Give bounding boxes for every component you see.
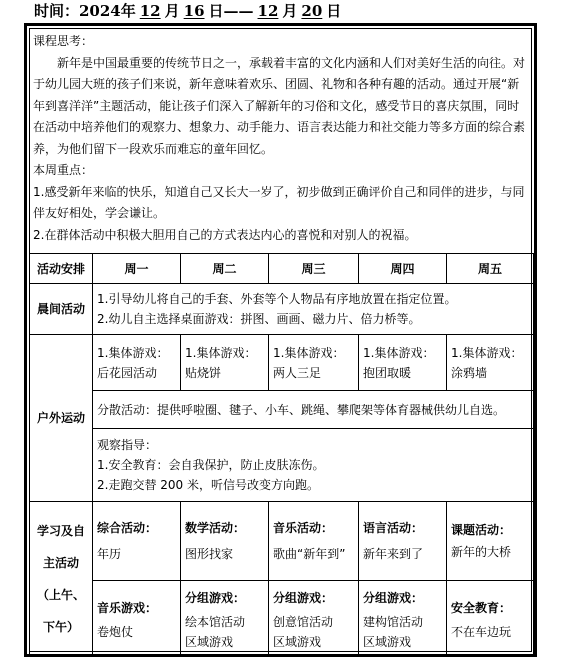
outdoor-group-row: 户外运动 1.集体游戏：后花园活动 1.集体游戏：贴烧饼 1.集体游戏：两人三足…	[30, 335, 534, 391]
learning-mon-1: 综合活动：年历	[93, 502, 181, 581]
game-name: 两人三足	[273, 363, 354, 383]
learning-thu-1: 语言活动：新年来到了	[359, 502, 447, 581]
date-range-title: 时间：2024年12月16日——12月20日	[34, 1, 341, 21]
learning-thu-2: 分组游戏：建构馆活动区域游戏	[359, 581, 447, 657]
activity-name: 创意馆活动	[273, 612, 354, 632]
start-month: 12	[136, 1, 165, 21]
learning-row-1: 学习及自 主活动 （上午、 下午） 综合活动：年历 数学活动：图形找家 音乐活动…	[30, 502, 534, 581]
focus-title: 本周重点：	[33, 160, 528, 182]
activity-title: 分组游戏：	[273, 588, 354, 608]
learning-label-line: 主活动	[34, 547, 88, 579]
outdoor-game-tue: 1.集体游戏：贴烧饼	[181, 335, 269, 391]
activity-name: 区域游戏	[273, 632, 354, 652]
outdoor-game-wed: 1.集体游戏：两人三足	[269, 335, 359, 391]
day-tue: 周二	[181, 254, 269, 284]
end-day: 20	[297, 1, 326, 21]
morning-line-2: 2.幼儿自主选择桌面游戏：拼图、画画、磁力片、倍力桥等。	[97, 309, 529, 329]
focus-item-1: 1.感受新年来临的快乐，知道自己又长大一岁了，初步做到正确评价自己和同伴的进步，…	[33, 182, 528, 225]
morning-line-1: 1.引导幼儿将自己的手套、外套等个人物品有序地放置在指定位置。	[97, 289, 529, 309]
learning-fri-2: 安全教育：不在车边玩	[447, 581, 534, 657]
activity-name: 新年的大桥	[451, 542, 529, 562]
activity-title: 分组游戏：	[185, 588, 264, 608]
activity-title: 语言活动：	[363, 518, 442, 538]
game-name: 抱团取暖	[363, 363, 442, 383]
learning-tue-2: 分组游戏：绘本馆活动区域游戏	[181, 581, 269, 657]
thinking-title: 课程思考：	[33, 31, 528, 53]
activity-name: 不在车边玩	[451, 622, 529, 642]
plan-frame: 课程思考： 新年是中国最重要的传统节日之一，承载着丰富的文化内涵和人们对美好生活…	[24, 23, 537, 657]
end-day-label: 日	[326, 2, 341, 20]
learning-tue-1: 数学活动：图形找家	[181, 502, 269, 581]
outdoor-game-mon: 1.集体游戏：后花园活动	[93, 335, 181, 391]
activity-name: 年历	[97, 544, 176, 564]
days-header-row: 活动安排 周一 周二 周三 周四 周五	[30, 254, 534, 284]
outdoor-label: 户外运动	[30, 335, 93, 502]
focus-item-2: 2.在群体活动中积极大胆用自己的方式表达内心的喜悦和对别人的祝福。	[33, 225, 528, 247]
learning-wed-2: 分组游戏：创意馆活动区域游戏	[269, 581, 359, 657]
thinking-body: 新年是中国最重要的传统节日之一，承载着丰富的文化内涵和人们对美好生活的向往。对于…	[33, 53, 528, 161]
guidance-item-2: 2.走跑交替 200 米，听信号改变方向跑。	[97, 475, 529, 495]
game-title: 1.集体游戏：	[97, 343, 176, 363]
plan-inner-frame: 课程思考： 新年是中国最重要的传统节日之一，承载着丰富的文化内涵和人们对美好生活…	[29, 28, 532, 652]
outdoor-guidance: 观察指导： 1.安全教育：会自我保护，防止皮肤冻伤。 2.走跑交替 200 米，…	[93, 429, 534, 502]
schedule-table: 活动安排 周一 周二 周三 周四 周五 晨间活动 1.引导幼儿将自己的手套、外套…	[29, 253, 534, 657]
activity-title: 分组游戏：	[363, 588, 442, 608]
game-title: 1.集体游戏：	[363, 343, 442, 363]
activity-title: 音乐游戏：	[97, 598, 176, 618]
learning-label-line: 学习及自	[34, 515, 88, 547]
day-fri: 周五	[447, 254, 534, 284]
morning-label: 晨间活动	[30, 284, 93, 335]
corner-label: 活动安排	[30, 254, 93, 284]
day-mon: 周一	[93, 254, 181, 284]
learning-label-line: （上午、	[34, 579, 88, 611]
game-title: 1.集体游戏：	[273, 343, 354, 363]
game-name: 贴烧饼	[185, 363, 264, 383]
outdoor-game-fri: 1.集体游戏：涂鸦墙	[447, 335, 534, 391]
guidance-item-1: 1.安全教育：会自我保护，防止皮肤冻伤。	[97, 455, 529, 475]
day-wed: 周三	[269, 254, 359, 284]
learning-fri-1: 课题活动：新年的大桥	[447, 502, 534, 581]
date-prefix: 时间：2024年	[34, 2, 136, 20]
game-title: 1.集体游戏：	[451, 343, 529, 363]
activity-name: 卷炮仗	[97, 622, 176, 642]
end-month: 12	[254, 1, 283, 21]
activity-name: 绘本馆活动	[185, 612, 264, 632]
activity-name: 歌曲“新年到”	[273, 544, 354, 564]
activity-title: 数学活动：	[185, 518, 264, 538]
learning-wed-1: 音乐活动：歌曲“新年到”	[269, 502, 359, 581]
start-day: 16	[180, 1, 209, 21]
learning-label-line: 下午）	[34, 611, 88, 643]
outdoor-free-row: 分散活动：提供呼啦圈、毽子、小车、跳绳、攀爬架等体育器械供幼儿自选。	[30, 391, 534, 429]
morning-content: 1.引导幼儿将自己的手套、外套等个人物品有序地放置在指定位置。 2.幼儿自主选择…	[93, 284, 534, 335]
guidance-title: 观察指导：	[97, 435, 529, 455]
game-name: 后花园活动	[97, 363, 176, 383]
activity-name: 区域游戏	[185, 632, 264, 652]
outdoor-free-play: 分散活动：提供呼啦圈、毽子、小车、跳绳、攀爬架等体育器械供幼儿自选。	[93, 391, 534, 429]
outdoor-game-thu: 1.集体游戏：抱团取暖	[359, 335, 447, 391]
intro-section: 课程思考： 新年是中国最重要的传统节日之一，承载着丰富的文化内涵和人们对美好生活…	[30, 29, 531, 253]
outdoor-guidance-row: 观察指导： 1.安全教育：会自我保护，防止皮肤冻伤。 2.走跑交替 200 米，…	[30, 429, 534, 502]
learning-row-2: 音乐游戏：卷炮仗 分组游戏：绘本馆活动区域游戏 分组游戏：创意馆活动区域游戏 分…	[30, 581, 534, 657]
activity-name: 区域游戏	[363, 632, 442, 652]
activity-name: 新年来到了	[363, 544, 442, 564]
activity-name: 图形找家	[185, 544, 264, 564]
activity-title: 音乐活动：	[273, 518, 354, 538]
learning-label: 学习及自 主活动 （上午、 下午）	[30, 502, 93, 657]
morning-row: 晨间活动 1.引导幼儿将自己的手套、外套等个人物品有序地放置在指定位置。 2.幼…	[30, 284, 534, 335]
game-title: 1.集体游戏：	[185, 343, 264, 363]
game-name: 涂鸦墙	[451, 363, 529, 383]
day-separator: 日——	[209, 2, 254, 20]
month-label: 月	[282, 2, 297, 20]
day-thu: 周四	[359, 254, 447, 284]
learning-mon-2: 音乐游戏：卷炮仗	[93, 581, 181, 657]
activity-title: 综合活动：	[97, 518, 176, 538]
activity-title: 课题活动：	[451, 520, 529, 540]
month-label: 月	[165, 2, 180, 20]
activity-name: 建构馆活动	[363, 612, 442, 632]
activity-title: 安全教育：	[451, 598, 529, 618]
